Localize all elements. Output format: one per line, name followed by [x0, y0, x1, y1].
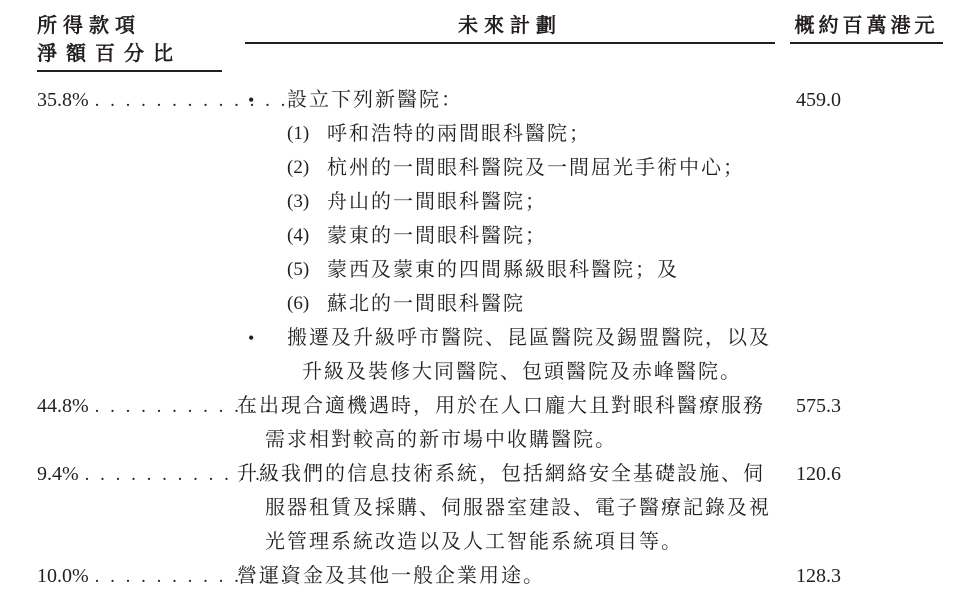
list-item-number: (5) [287, 253, 327, 287]
plan-bullet-item: • 搬遷及升級呼市醫院、昆區醫院及錫盟醫院，以及 升級及裝修大同醫院、包頭醫院及… [237, 321, 796, 389]
list-item-number: (2) [287, 151, 327, 185]
table-row: 10.0%. . . . . . . . . . . . . 營運資金及其他一般… [0, 559, 969, 594]
list-item-text: 蒙西及蒙東的四間縣級眼科醫院；及 [327, 253, 796, 287]
percentage-cell: 35.8%. . . . . . . . . . . . . [37, 83, 237, 389]
list-item-number: (6) [287, 287, 327, 321]
plan-paragraph: 搬遷及升級呼市醫院、昆區醫院及錫盟醫院，以及 升級及裝修大同醫院、包頭醫院及赤峰… [287, 321, 796, 389]
amount-value: 575.3 [796, 389, 969, 457]
plan-text-line: 在出現合適機遇時，用於在人口龐大且對眼科醫療服務 [237, 389, 796, 423]
plan-cell: 營運資金及其他一般企業用途。 [237, 559, 796, 594]
percentage-value: 9.4% [37, 463, 79, 485]
table-row: 44.8%. . . . . . . . . . . . . 在出現合適機遇時，… [0, 389, 969, 457]
amount-value: 459.0 [796, 83, 969, 389]
proceeds-document-page: 所得款項 淨額百分比 未來計劃 概約百萬港元 35.8%. . . . . . … [0, 0, 969, 613]
column-header-amount: 概約百萬港元 [790, 12, 943, 44]
plan-text-line: 升級及裝修大同醫院、包頭醫院及赤峰醫院。 [287, 355, 796, 389]
plan-cell: 在出現合適機遇時，用於在人口龐大且對眼科醫療服務 需求相對較高的新市場中收購醫院… [237, 389, 796, 457]
bullet-icon: • [237, 321, 287, 389]
numbered-list-item: (3) 舟山的一間眼科醫院； [237, 185, 796, 219]
plan-cell: 升級我們的信息技術系統，包括網絡安全基礎設施、伺 服器租賃及採購、伺服器室建設、… [237, 457, 796, 559]
plan-text-line: 光管理系統改造以及人工智能系統項目等。 [237, 525, 796, 559]
plan-text-line: 設立下列新醫院： [287, 83, 796, 117]
plan-text-line: 需求相對較高的新市場中收購醫院。 [237, 423, 796, 457]
column-header-percentage-line2: 淨額百分比 [37, 40, 222, 68]
table-body: 35.8%. . . . . . . . . . . . . • 設立下列新醫院… [0, 83, 969, 594]
list-item-number: (3) [287, 185, 327, 219]
percentage-cell: 44.8%. . . . . . . . . . . . . [37, 389, 237, 457]
plan-text-line: 服器租賃及採購、伺服器室建設、電子醫療記錄及視 [237, 491, 796, 525]
plan-cell: • 設立下列新醫院： (1) 呼和浩特的兩間眼科醫院； (2) 杭州的一間眼科醫… [237, 83, 796, 389]
amount-value: 120.6 [796, 457, 969, 559]
plan-text-line: 搬遷及升級呼市醫院、昆區醫院及錫盟醫院，以及 [287, 321, 796, 355]
numbered-list-item: (2) 杭州的一間眼科醫院及一間屈光手術中心； [237, 151, 796, 185]
plan-text-line: 升級我們的信息技術系統，包括網絡安全基礎設施、伺 [237, 457, 796, 491]
list-item-text: 蒙東的一間眼科醫院； [327, 219, 796, 253]
list-item-text: 杭州的一間眼科醫院及一間屈光手術中心； [327, 151, 796, 185]
plan-text-line: 營運資金及其他一般企業用途。 [237, 559, 796, 593]
column-header-percentage: 所得款項 淨額百分比 [37, 12, 222, 72]
list-item-number: (4) [287, 219, 327, 253]
numbered-list-item: (6) 蘇北的一間眼科醫院 [237, 287, 796, 321]
list-item-text: 蘇北的一間眼科醫院 [327, 287, 796, 321]
percentage-value: 44.8% [37, 395, 89, 417]
numbered-list-item: (5) 蒙西及蒙東的四間縣級眼科醫院；及 [237, 253, 796, 287]
list-item-number: (1) [287, 117, 327, 151]
plan-bullet-item: • 設立下列新醫院： [237, 83, 796, 117]
percentage-value: 35.8% [37, 89, 89, 111]
column-header-amount-label: 概約百萬港元 [795, 15, 939, 37]
percentage-cell: 9.4%. . . . . . . . . . . . . . [37, 457, 237, 559]
column-header-percentage-line1: 所得款項 [37, 12, 222, 40]
percentage-value: 10.0% [37, 565, 89, 587]
table-row: 35.8%. . . . . . . . . . . . . • 設立下列新醫院… [0, 83, 969, 389]
column-header-plan-label: 未來計劃 [458, 15, 562, 37]
column-header-plan: 未來計劃 [245, 12, 775, 44]
table-header-row: 所得款項 淨額百分比 未來計劃 概約百萬港元 [0, 0, 969, 72]
list-item-text: 舟山的一間眼科醫院； [327, 185, 796, 219]
amount-value: 128.3 [796, 559, 969, 594]
bullet-icon: • [237, 83, 287, 117]
table-row: 9.4%. . . . . . . . . . . . . . 升級我們的信息技… [0, 457, 969, 559]
numbered-list-item: (4) 蒙東的一間眼科醫院； [237, 219, 796, 253]
list-item-text: 呼和浩特的兩間眼科醫院； [327, 117, 796, 151]
numbered-list-item: (1) 呼和浩特的兩間眼科醫院； [237, 117, 796, 151]
percentage-cell: 10.0%. . . . . . . . . . . . . [37, 559, 237, 594]
